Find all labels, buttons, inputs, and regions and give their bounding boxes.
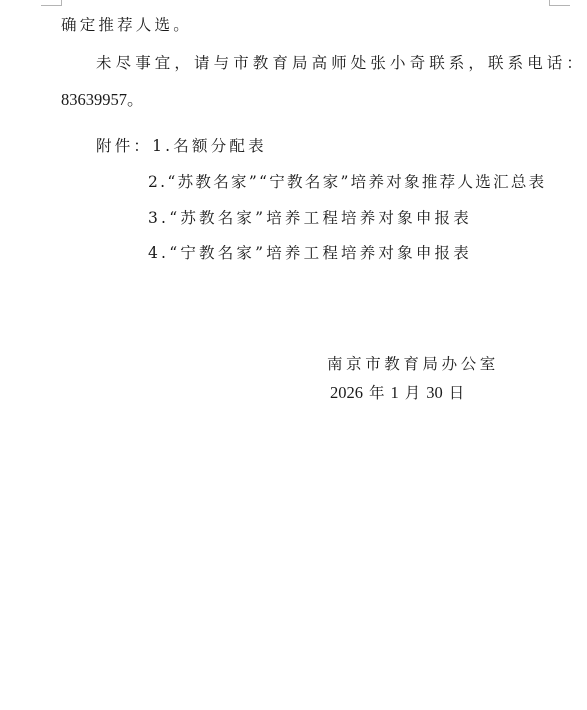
paragraph-continuation: 确定推荐人选。 <box>61 15 192 35</box>
attachment-item-3: 3.“苏教名家”培养工程培养对象申报表 <box>148 208 472 228</box>
attachment-item-2: 2.“苏教名家”“宁教名家”培养对象推荐人选汇总表 <box>148 172 547 192</box>
attachments-label: 附件： <box>96 137 152 155</box>
paragraph-contact: 未尽事宜，请与市教育局高师处张小奇联系，联系电话： <box>96 53 586 73</box>
page-corner-mark-right <box>549 0 570 6</box>
attachment-item-1: 附件：1.名额分配表 <box>96 136 267 156</box>
page-corner-mark-left <box>41 0 62 6</box>
contact-phone: 83639957。 <box>61 90 144 110</box>
signature-date: 2026年1月30日 <box>330 383 464 403</box>
signature-organization: 南京市教育局办公室 <box>327 354 499 374</box>
attachment-item-4: 4.“宁教名家”培养工程培养对象申报表 <box>148 243 472 263</box>
